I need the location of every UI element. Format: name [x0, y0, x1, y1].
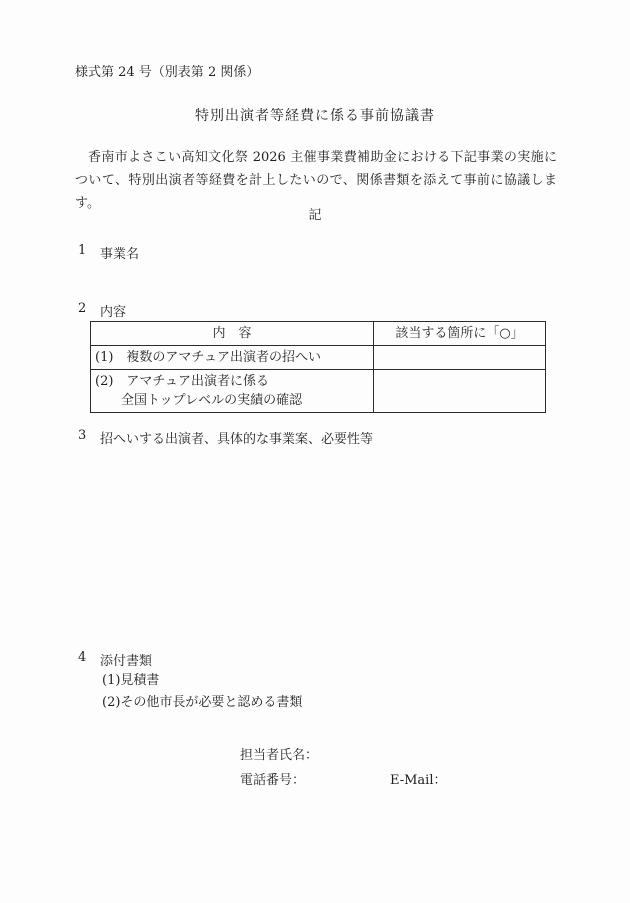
form-number: 様式第 24 号（別表第 2 関係）: [75, 61, 259, 80]
table-header-mark: 該当する箇所に「○」: [374, 322, 546, 346]
section-3-label: 招へいする出演者、具体的な事業案、必要性等: [100, 428, 373, 447]
contact-email-label: E-Mail：: [390, 769, 447, 788]
document-title: 特別出演者等経費に係る事前協議書: [0, 105, 630, 125]
contact-name-label: 担当者氏名：: [240, 744, 318, 763]
section-4-number: 4: [78, 650, 100, 669]
section-3-number: 3: [78, 428, 100, 447]
section-2-number: 2: [78, 301, 100, 320]
mark-cell-1: [374, 346, 546, 370]
section-3: 3 招へいする出演者、具体的な事業案、必要性等: [78, 428, 373, 447]
section-1-label: 事業名: [100, 243, 139, 262]
section-1-number: 1: [78, 243, 100, 262]
ki-marker: 記: [0, 204, 630, 223]
table-header-row: 内 容 該当する箇所に「○」: [91, 322, 546, 346]
table-row: (2) アマチュア出演者に係る 全国トップレベルの実績の確認: [91, 370, 546, 413]
document-page: 様式第 24 号（別表第 2 関係） 特別出演者等経費に係る事前協議書 香南市よ…: [0, 0, 630, 903]
table-row: (1) 複数のアマチュア出演者の招へい: [91, 346, 546, 370]
contact-phone-label: 電話番号：: [240, 769, 305, 788]
mark-cell-2: [374, 370, 546, 413]
attachment-item-1: (1)見積書: [102, 670, 159, 692]
section-4-label: 添付書類: [100, 650, 152, 669]
section-1: 1 事業名: [78, 243, 139, 262]
attachment-item-2: (2)その他市長が必要と認める書類: [102, 692, 302, 714]
section-2: 2 内容: [78, 301, 126, 320]
table-cell-item-2: (2) アマチュア出演者に係る 全国トップレベルの実績の確認: [91, 370, 374, 413]
section-4: 4 添付書類: [78, 650, 152, 669]
table-header-content: 内 容: [91, 322, 374, 346]
section-2-label: 内容: [100, 301, 126, 320]
table-cell-item-1: (1) 複数のアマチュア出演者の招へい: [91, 346, 374, 370]
content-table: 内 容 該当する箇所に「○」 (1) 複数のアマチュア出演者の招へい (2) ア…: [90, 321, 546, 413]
